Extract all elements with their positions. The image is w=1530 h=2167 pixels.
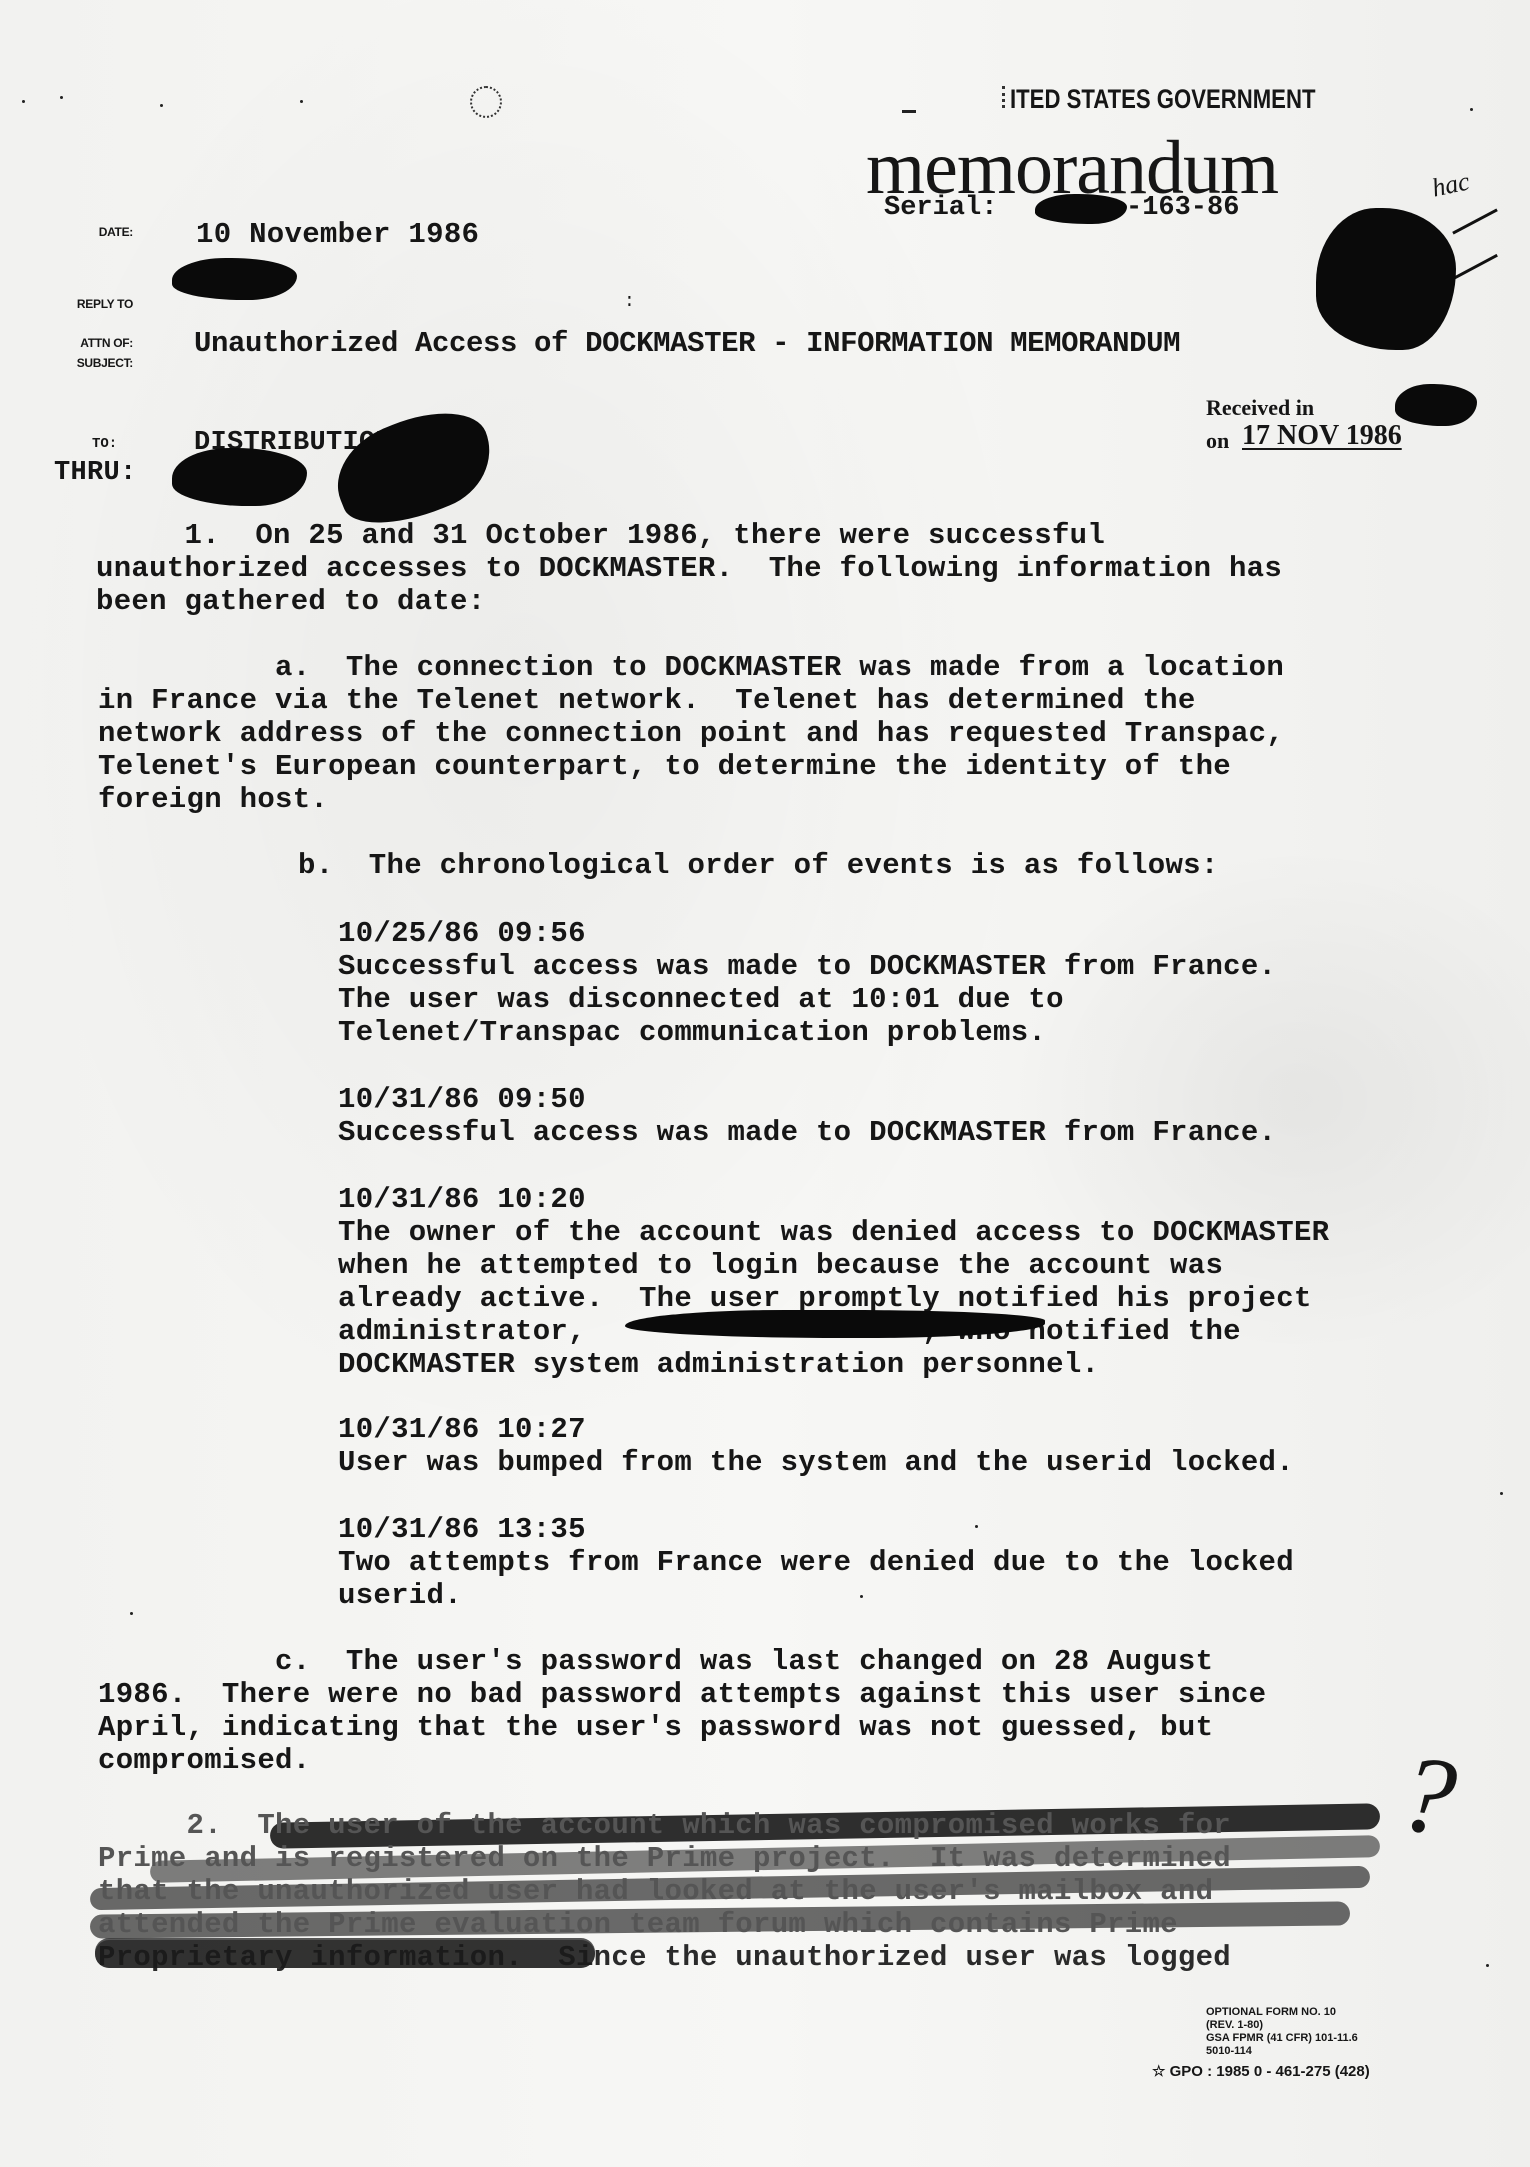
event-2: 10/31/86 09:50 Successful access was mad… [338,1083,1276,1149]
received-date: 17 NOV 1986 [1242,420,1402,452]
scan-artifact [902,110,916,113]
event-timestamp: 10/31/86 09:50 [338,1083,1276,1116]
memorandum-page: ITED STATES GOVERNMENT memorandum hac Se… [0,0,1530,2167]
scan-speck [22,100,25,103]
redaction-stamp [1316,208,1456,350]
handwritten-initials: hac [1429,166,1472,203]
handwritten-question-mark: ? [1393,1737,1463,1854]
paragraph-1: 1. On 25 and 31 October 1986, there were… [96,519,1282,618]
scan-speck [975,1525,978,1528]
marker-strike [95,1940,595,1968]
scan-speck [1470,108,1473,111]
form-number-block: OPTIONAL FORM NO. 10 (REV. 1-80) GSA FPM… [1206,2006,1358,2058]
received-on-label: on [1206,428,1229,454]
thru-label: THRU: [54,458,137,488]
scan-speck [300,100,303,103]
subject-label: SUBJECT: [20,357,133,370]
event-1: 10/25/86 09:56 Successful access was mad… [338,917,1276,1049]
gpo-print-line: ☆ GPO : 1985 0 - 461-275 (428) [1152,2062,1370,2080]
scan-speck [130,1612,133,1615]
redaction-serial [1035,194,1127,224]
redaction-distribution-1 [172,448,307,506]
event-5: 10/31/86 13:35 Two attempts from France … [338,1513,1294,1612]
agency-header: ITED STATES GOVERNMENT [1010,84,1315,115]
pen-stroke [1454,254,1498,279]
event-timestamp: 10/25/86 09:56 [338,917,1276,950]
scan-speck [1500,1492,1503,1495]
subject-value: Unauthorized Access of DOCKMASTER - INFO… [194,327,1180,360]
speck: : [624,292,635,312]
event-timestamp: 10/31/86 10:20 [338,1183,1329,1216]
event-timestamp: 10/31/86 13:35 [338,1513,1294,1546]
serial-label: Serial: [884,193,997,223]
event-4: 10/31/86 10:27 User was bumped from the … [338,1413,1294,1479]
torn-letters-mark [1002,86,1019,108]
received-in-label: Received in [1206,395,1314,421]
scan-speck [860,1595,863,1598]
paragraph-c: c. The user's password was last changed … [98,1645,1266,1777]
event-3: 10/31/86 10:20 The owner of the account … [338,1183,1329,1381]
redaction-reply-to [172,258,297,300]
date-label: DATE: [50,226,133,239]
scan-artifact [470,86,502,118]
event-timestamp: 10/31/86 10:27 [338,1413,1294,1446]
to-label-struck: TO: [92,436,117,452]
scan-speck [60,96,63,99]
paragraph-a: a. The connection to DOCKMASTER was made… [98,651,1284,816]
serial-number: -163-86 [1126,193,1239,223]
paragraph-b-intro: b. The chronological order of events is … [298,849,1219,882]
scan-speck [160,104,163,107]
redaction-administrator-name [625,1310,1045,1338]
pen-stroke [1452,208,1498,234]
redaction-received-location [1395,384,1477,426]
scan-speck [1486,1964,1489,1967]
date-value: 10 November 1986 [196,218,479,251]
